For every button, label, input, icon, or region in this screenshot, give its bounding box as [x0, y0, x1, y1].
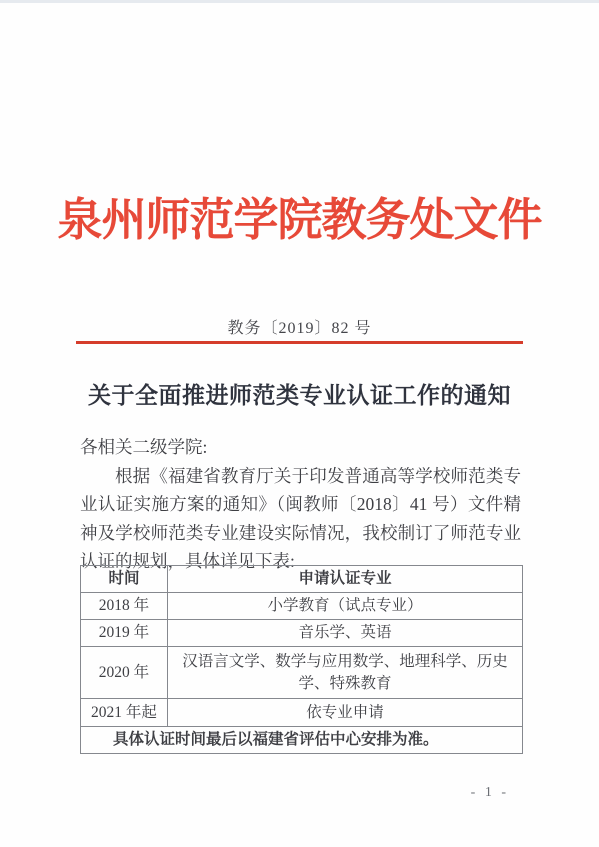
- cell-time: 2020 年: [81, 647, 168, 699]
- certification-schedule-table: 时间 申请认证专业 2018 年 小学教育（试点专业） 2019 年 音乐学、英…: [80, 565, 523, 754]
- document-header-title: 泉州师范学院教务处文件: [0, 183, 599, 248]
- table-header-majors: 申请认证专业: [168, 566, 523, 593]
- document-body: 各相关二级学院: 根据《福建省教育厅关于印发普通高等学校师范类专业认证实施方案的…: [80, 433, 521, 576]
- cell-majors: 小学教育（试点专业）: [168, 593, 523, 620]
- cell-time: 2021 年起: [81, 699, 168, 727]
- document-title: 关于全面推进师范类专业认证工作的通知: [0, 377, 599, 410]
- table-footer-note: 具体认证时间最后以福建省评估中心安排为准。: [81, 727, 523, 754]
- scan-artifact-top-edge: [0, 0, 599, 3]
- table-row: 2020 年 汉语言文学、数学与应用数学、地理科学、历史学、特殊教育: [81, 647, 523, 699]
- cell-time: 2018 年: [81, 593, 168, 620]
- cell-majors: 汉语言文学、数学与应用数学、地理科学、历史学、特殊教育: [168, 647, 523, 699]
- cell-time: 2019 年: [81, 620, 168, 647]
- document-number: 教务〔2019〕82 号: [0, 315, 599, 338]
- table-row: 2018 年 小学教育（试点专业）: [81, 593, 523, 620]
- page-number: - 1 -: [471, 785, 509, 801]
- cell-majors: 音乐学、英语: [168, 620, 523, 647]
- table-row: 2019 年 音乐学、英语: [81, 620, 523, 647]
- table-header-row: 时间 申请认证专业: [81, 566, 523, 593]
- table-row: 2021 年起 依专业申请: [81, 699, 523, 727]
- salutation: 各相关二级学院:: [80, 433, 521, 462]
- red-divider-line: [76, 341, 523, 344]
- cell-majors: 依专业申请: [168, 699, 523, 727]
- table-header-time: 时间: [81, 566, 168, 593]
- table-footer-note-row: 具体认证时间最后以福建省评估中心安排为准。: [81, 727, 523, 754]
- body-paragraph: 根据《福建省教育厅关于印发普通高等学校师范类专业认证实施方案的通知》（闽教师〔2…: [80, 462, 521, 576]
- document-page: 泉州师范学院教务处文件 教务〔2019〕82 号 关于全面推进师范类专业认证工作…: [0, 0, 599, 847]
